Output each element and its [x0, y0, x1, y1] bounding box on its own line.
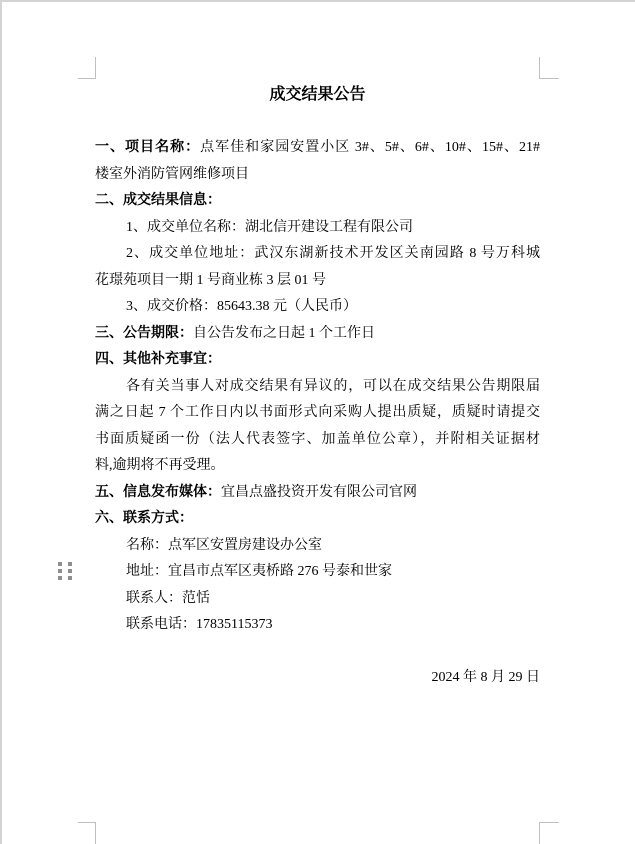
line-text: 联系人：范恬	[126, 591, 210, 606]
section-label: 一、项目名称：	[95, 140, 200, 155]
doc-line: 1、成交单位名称：湖北信开建设工程有限公司	[95, 215, 540, 242]
doc-line: 2、成交单位地址：武汉东湖新技术开发区关南园路 8 号万科城	[95, 241, 540, 268]
doc-line: 3、成交价格：85643.38 元（人民币）	[95, 294, 540, 321]
margin-mark-top-right	[539, 57, 559, 79]
six-dot-drag-handle-icon[interactable]	[58, 562, 72, 580]
blank-line	[95, 109, 540, 136]
line-text: 2024 年 8 月 29 日	[432, 670, 541, 685]
document-title: 成交结果公告	[95, 82, 540, 109]
blank-line	[95, 639, 540, 666]
section-label: 六、联系方式：	[95, 511, 193, 526]
document-body: 成交结果公告 一、项目名称：点军佳和家园安置小区 3#、5#、6#、10#、15…	[95, 82, 540, 692]
line-text: 点军佳和家园安置小区 3#、5#、6#、10#、15#、21#	[200, 140, 540, 155]
line-text: 楼室外消防管网维修项目	[95, 167, 249, 182]
line-text: 宜昌点盛投资开发有限公司官网	[221, 485, 417, 500]
line-text: 2、成交单位地址：武汉东湖新技术开发区关南园路 8 号万科城	[126, 246, 540, 261]
doc-line: 四、其他补充事宜：	[95, 347, 540, 374]
line-text: 1、成交单位名称：湖北信开建设工程有限公司	[126, 220, 413, 235]
doc-line: 联系电话：17835115373	[95, 612, 540, 639]
document-page: { "colors": { "text": "#000000", "margin…	[0, 0, 635, 844]
line-text: 满之日起 7 个工作日内以书面形式向采购人提出质疑，质疑时请提交	[95, 405, 540, 420]
margin-mark-bottom-left	[78, 822, 96, 844]
doc-line: 三、公告期限：自公告发布之日起 1 个工作日	[95, 321, 540, 348]
line-text: 花璟苑项目一期 1 号商业栋 3 层 01 号	[95, 273, 326, 288]
section-label: 二、成交结果信息：	[95, 193, 221, 208]
margin-mark-bottom-right	[539, 822, 559, 844]
line-text: 自公告发布之日起 1 个工作日	[193, 326, 375, 341]
section-label: 五、信息发布媒体：	[95, 485, 221, 500]
doc-line: 满之日起 7 个工作日内以书面形式向采购人提出质疑，质疑时请提交	[95, 400, 540, 427]
line-text: 联系电话：17835115373	[126, 617, 272, 632]
doc-line: 二、成交结果信息：	[95, 188, 540, 215]
doc-line: 楼室外消防管网维修项目	[95, 162, 540, 189]
section-label: 四、其他补充事宜：	[95, 352, 221, 367]
doc-line: 各有关当事人对成交结果有异议的，可以在成交结果公告期限届	[95, 374, 540, 401]
doc-line: 地址：宜昌市点军区夷桥路 276 号泰和世家	[95, 559, 540, 586]
line-text: 成交结果公告	[269, 86, 365, 103]
line-text: 料,逾期将不再受理。	[95, 458, 225, 473]
line-text: 各有关当事人对成交结果有异议的，可以在成交结果公告期限届	[126, 379, 540, 394]
doc-line: 书面质疑函一份（法人代表签字、加盖单位公章），并附相关证据材	[95, 427, 540, 454]
document-lines: 成交结果公告 一、项目名称：点军佳和家园安置小区 3#、5#、6#、10#、15…	[95, 82, 540, 692]
doc-line: 一、项目名称：点军佳和家园安置小区 3#、5#、6#、10#、15#、21#	[95, 135, 540, 162]
doc-line: 名称：点军区安置房建设办公室	[95, 533, 540, 560]
section-label: 三、公告期限：	[95, 326, 193, 341]
page-edge-top	[0, 0, 635, 2]
doc-line: 联系人：范恬	[95, 586, 540, 613]
line-text: 地址：宜昌市点军区夷桥路 276 号泰和世家	[126, 564, 392, 579]
doc-line: 六、联系方式：	[95, 506, 540, 533]
line-text: 名称：点军区安置房建设办公室	[126, 538, 322, 553]
doc-line: 2024 年 8 月 29 日	[95, 665, 540, 692]
margin-mark-top-left	[78, 57, 96, 79]
doc-line: 料,逾期将不再受理。	[95, 453, 540, 480]
doc-line: 五、信息发布媒体：宜昌点盛投资开发有限公司官网	[95, 480, 540, 507]
line-text: 3、成交价格：85643.38 元（人民币）	[126, 299, 357, 314]
page-edge-left	[0, 0, 2, 844]
line-text: 书面质疑函一份（法人代表签字、加盖单位公章），并附相关证据材	[95, 432, 540, 447]
doc-line: 花璟苑项目一期 1 号商业栋 3 层 01 号	[95, 268, 540, 295]
